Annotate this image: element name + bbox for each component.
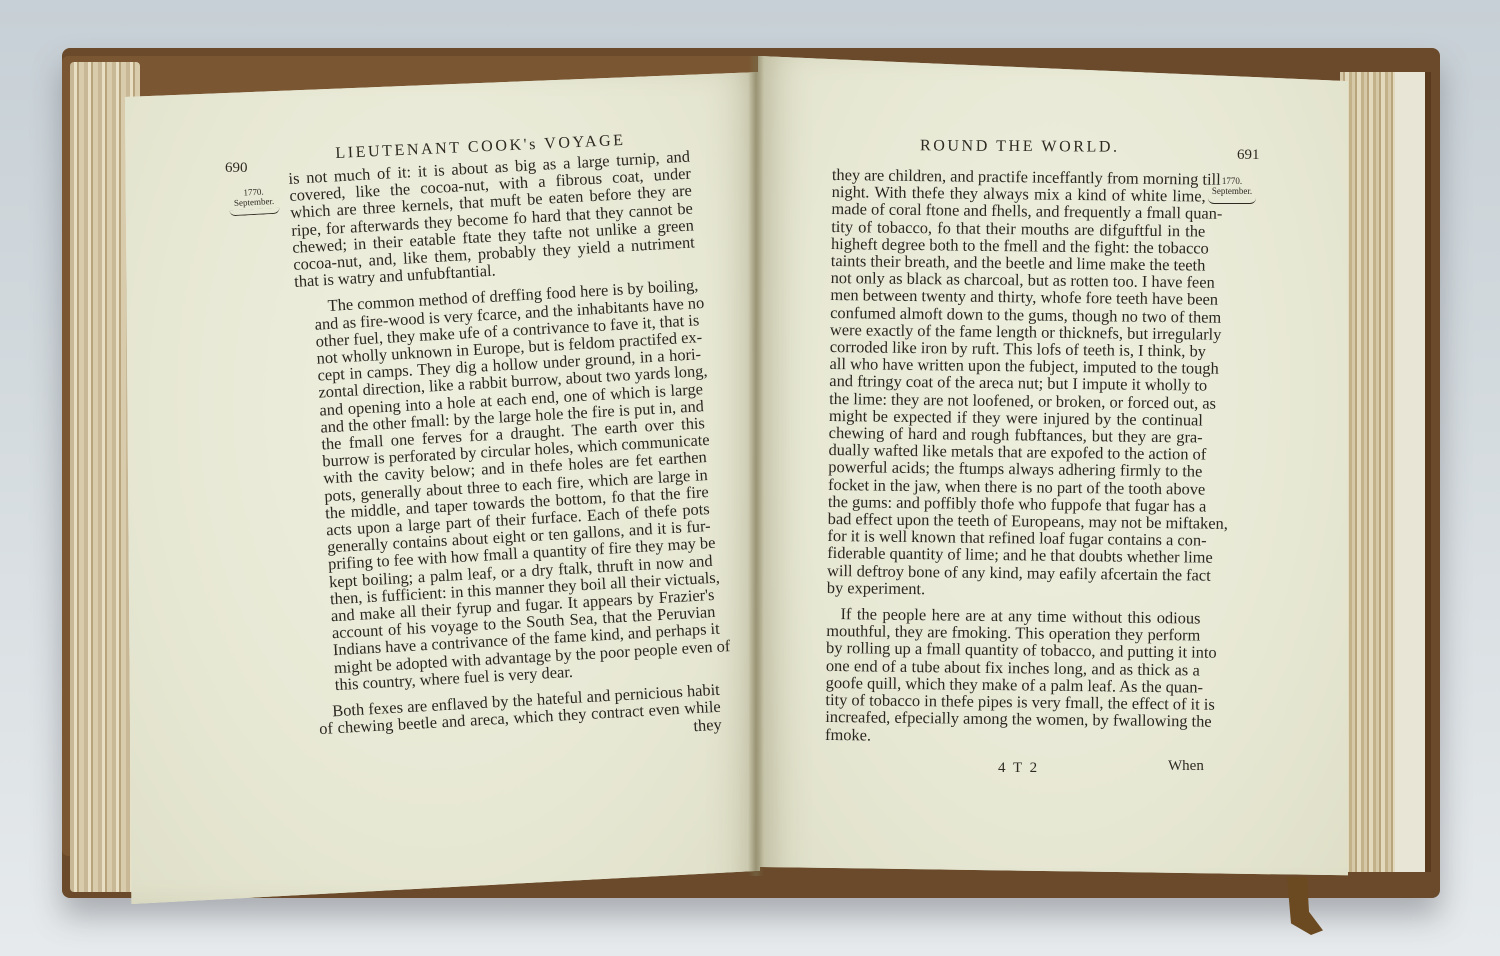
signature-mark: 4 T 2 (998, 760, 1039, 777)
paragraph: If the people here are at any time witho… (825, 605, 1201, 747)
flyleaf-right (1395, 72, 1431, 872)
left-page-text: is not much of it: it is about as big as… (288, 148, 722, 755)
margin-note-year: 1770. (1222, 176, 1242, 186)
running-head-right: ROUND THE WORLD. (920, 137, 1120, 156)
margin-note-left: 1770. September. (228, 186, 279, 217)
paragraph: they are children, and practife inceffan… (827, 166, 1206, 601)
page-number-right: 691 (1237, 147, 1260, 164)
gutter (748, 56, 764, 876)
right-page-text: they are children, and practife inceffan… (825, 166, 1206, 747)
page-number-left: 690 (225, 160, 248, 177)
paragraph: The common method of dreffing food here … (295, 277, 718, 694)
catchword-right: When (1168, 758, 1204, 775)
paragraph: is not much of it: it is about as big as… (288, 148, 696, 291)
margin-note-month: September. (234, 196, 275, 208)
